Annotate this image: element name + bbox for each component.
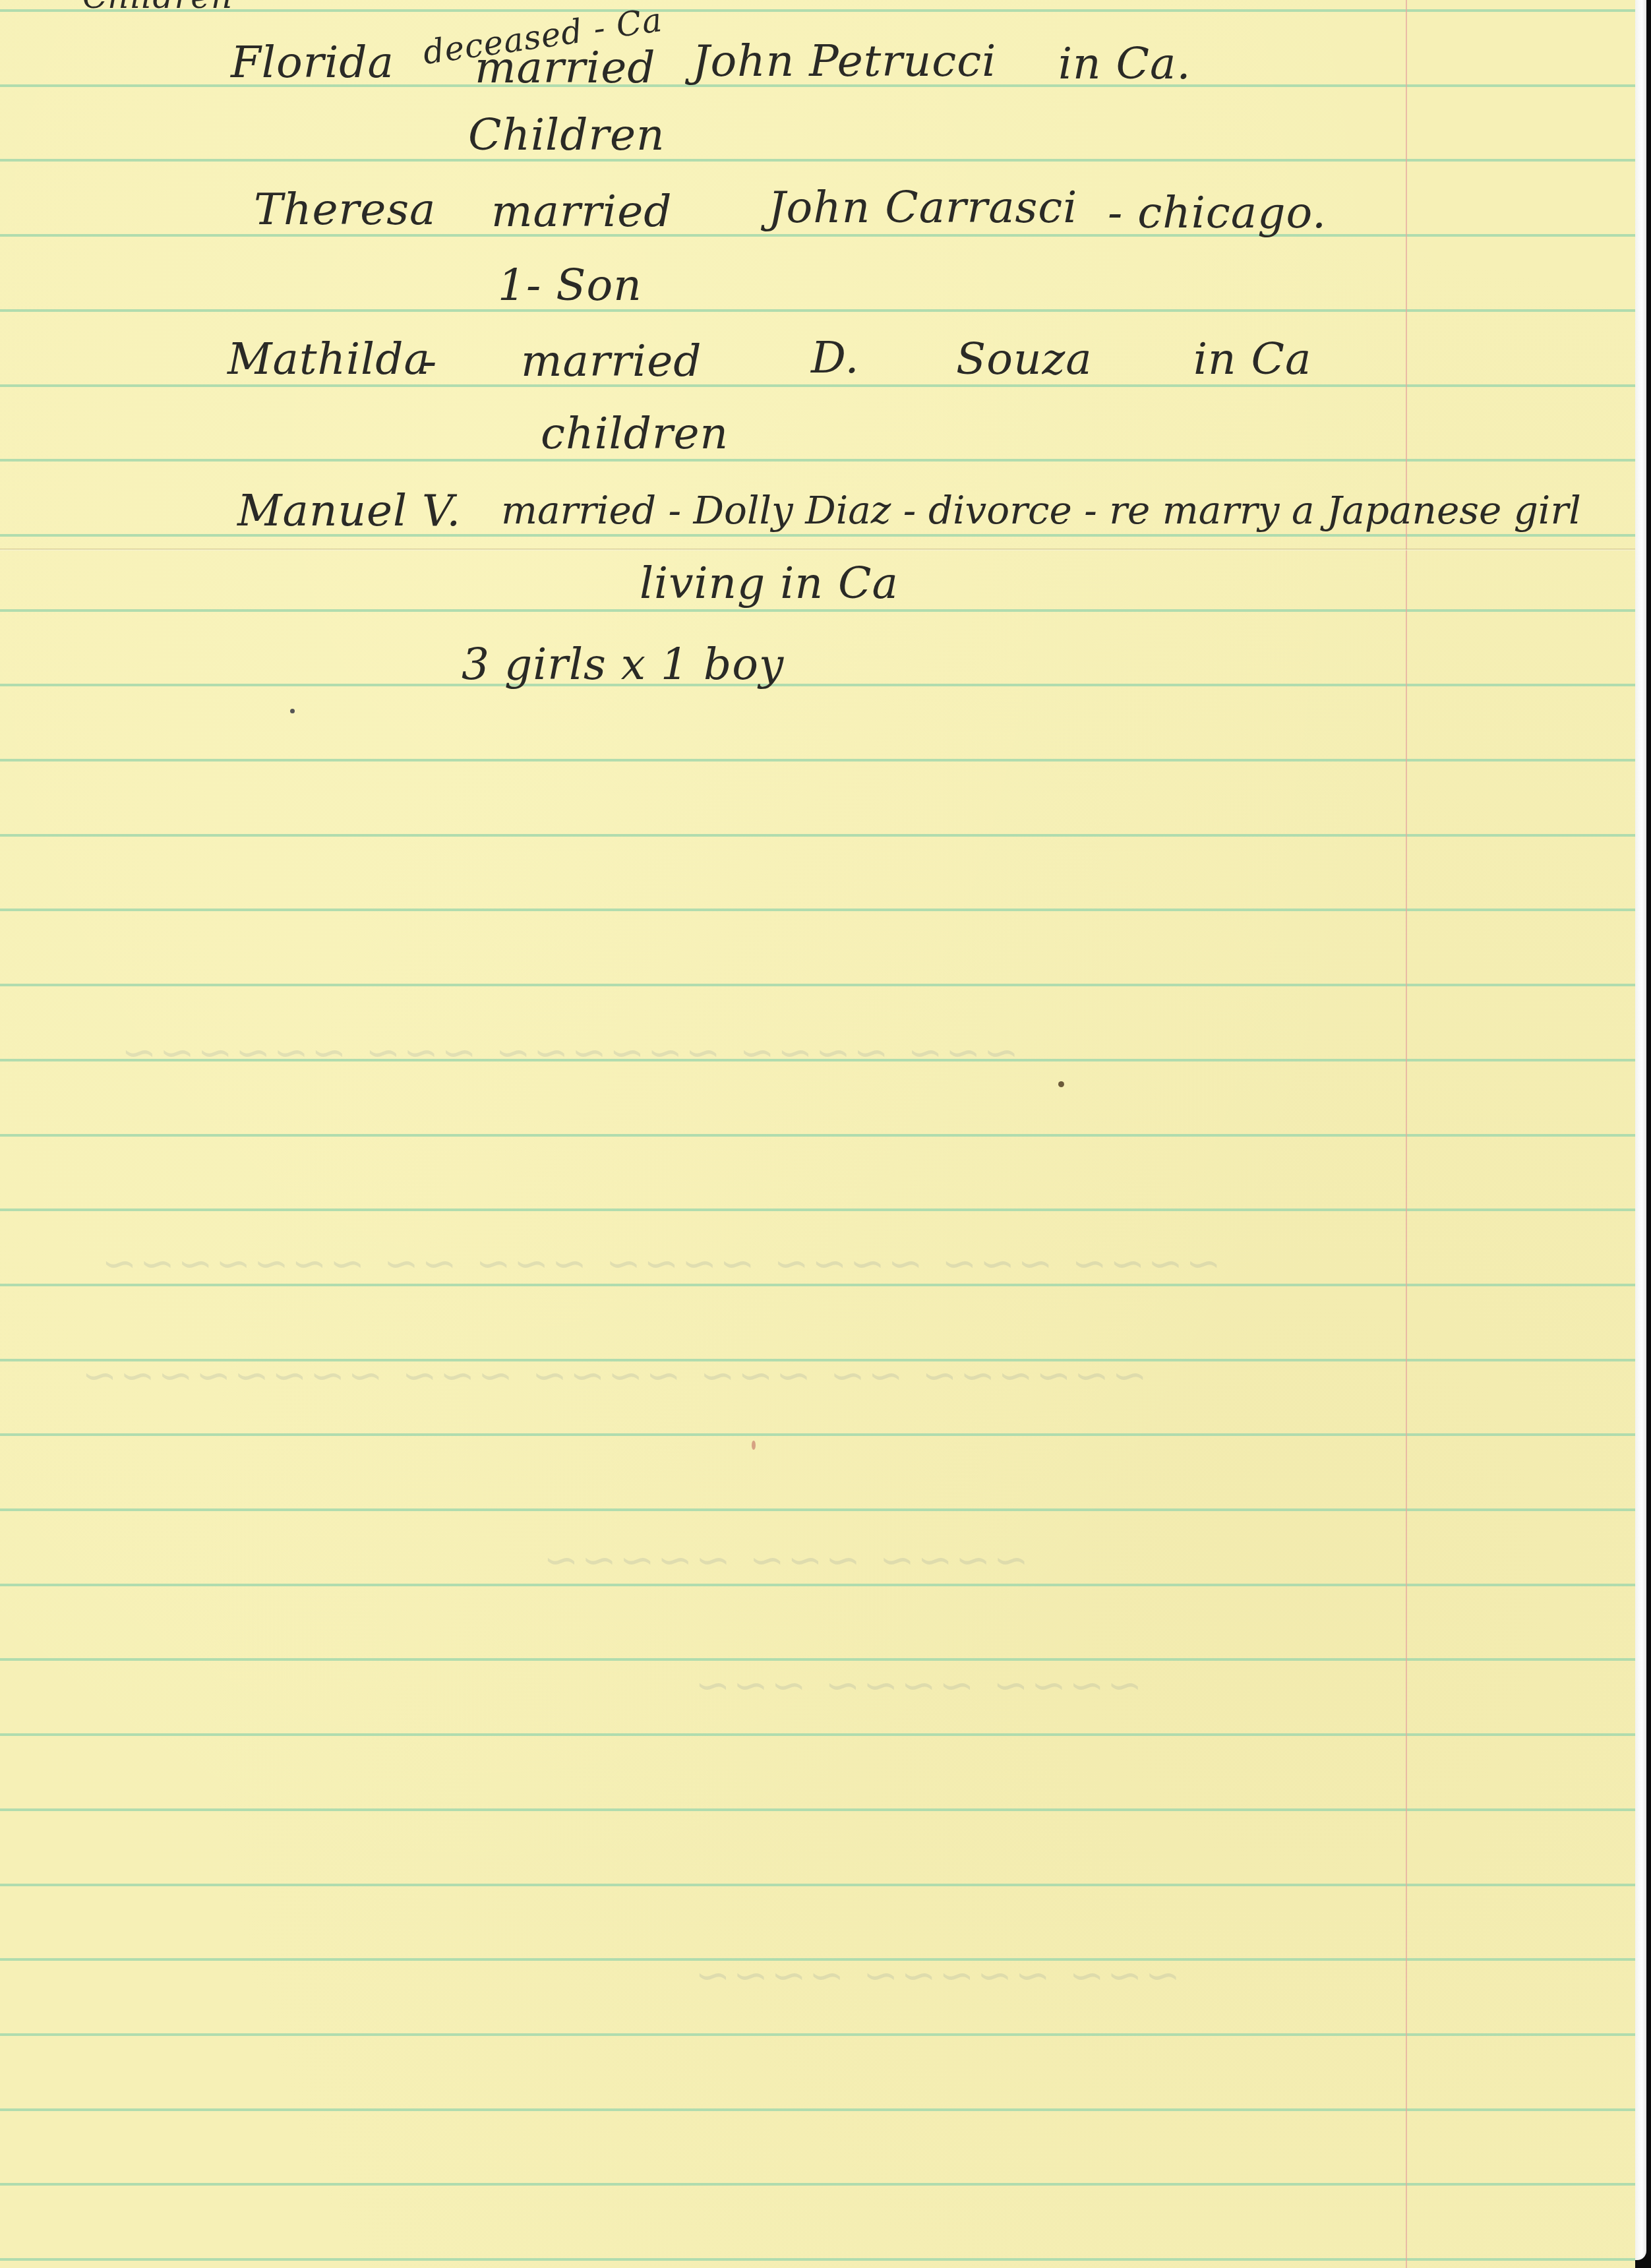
rule-line xyxy=(0,1209,1635,1211)
entry-status: married xyxy=(521,340,702,383)
entry-name-mathilda: Mathilda xyxy=(227,338,431,381)
header-fragment: Children - xyxy=(82,0,256,13)
rule-line xyxy=(0,1884,1635,1886)
entry-separator: - xyxy=(422,340,437,383)
fold-crease xyxy=(0,549,1635,551)
rule-line xyxy=(0,909,1635,911)
entry-children-label: 1- Son xyxy=(498,264,642,307)
rule-line xyxy=(0,1134,1635,1137)
entry-name-manuel: Manuel V. xyxy=(237,489,461,533)
rule-line xyxy=(0,609,1635,612)
bleed-through-texture: ~~~ ~~~~ ~~~~~~ ~~~ ~~~~~~ xyxy=(119,1029,1019,1077)
entry-name-florida: Florida xyxy=(231,41,394,84)
entry-spouse: John Carrasci xyxy=(768,186,1077,229)
red-speck xyxy=(752,1441,756,1450)
ink-speck xyxy=(290,709,295,713)
entry-location: living in Ca xyxy=(640,562,899,605)
rule-line xyxy=(0,1433,1635,1436)
entry-children-label: 3 girls x 1 boy xyxy=(462,643,784,686)
rule-line xyxy=(0,1508,1635,1511)
entry-status: married xyxy=(491,190,672,233)
entry-location: in Ca xyxy=(1193,338,1311,381)
legal-pad-page: ~~~ ~~~~ ~~~~~~ ~~~ ~~~~~~ ~~~~ ~~~ ~~~~… xyxy=(0,0,1635,2268)
bleed-through-texture: ~~~ ~~~~~ ~~~~ xyxy=(692,1952,1180,2000)
rule-line xyxy=(0,2108,1635,2111)
entry-name-theresa: Theresa xyxy=(254,188,436,231)
entry-spouse-surname: Souza xyxy=(956,338,1093,381)
rule-line xyxy=(0,2033,1635,2036)
ink-speck xyxy=(1058,1081,1064,1087)
entry-children-label: Children xyxy=(468,113,665,157)
entry-spouse-initial: D. xyxy=(811,336,860,380)
entry-spouse: John Petrucci xyxy=(692,40,996,83)
entry-details: married - Dolly Diaz - divorce - re marr… xyxy=(501,491,1581,529)
rule-line xyxy=(0,834,1635,837)
rule-line xyxy=(0,2183,1635,2186)
bleed-through-texture: ~~~~~~ ~~ ~~~ ~~~~ ~~~ ~~~~~~~~ xyxy=(79,1352,1147,1400)
rule-line xyxy=(0,234,1635,237)
entry-location: in Ca. xyxy=(1058,42,1191,86)
rule-line xyxy=(0,2258,1635,2261)
rule-line xyxy=(0,384,1635,387)
rule-line xyxy=(0,1733,1635,1736)
rule-line xyxy=(0,309,1635,312)
bleed-through-texture: ~~~~ ~~~ ~~~~~ xyxy=(541,1536,1029,1585)
entry-location: - chicago. xyxy=(1108,191,1327,235)
scan-edge xyxy=(1635,0,1646,2260)
entry-children-label: children xyxy=(541,412,729,456)
bleed-through-texture: ~~~~ ~~~ ~~~~ ~~~~ ~~~ ~~ ~~~~~~~ xyxy=(99,1239,1221,1288)
rule-line xyxy=(0,1658,1635,1661)
rule-line xyxy=(0,984,1635,986)
rule-line xyxy=(0,159,1635,162)
rule-line xyxy=(0,684,1635,686)
red-margin-line xyxy=(1406,0,1407,2268)
entry-status: married xyxy=(475,46,655,90)
rule-line xyxy=(0,459,1635,462)
rule-line xyxy=(0,759,1635,761)
rule-line xyxy=(0,1808,1635,1811)
bleed-through-texture: ~~~~ ~~~~ ~~~ xyxy=(692,1661,1143,1710)
